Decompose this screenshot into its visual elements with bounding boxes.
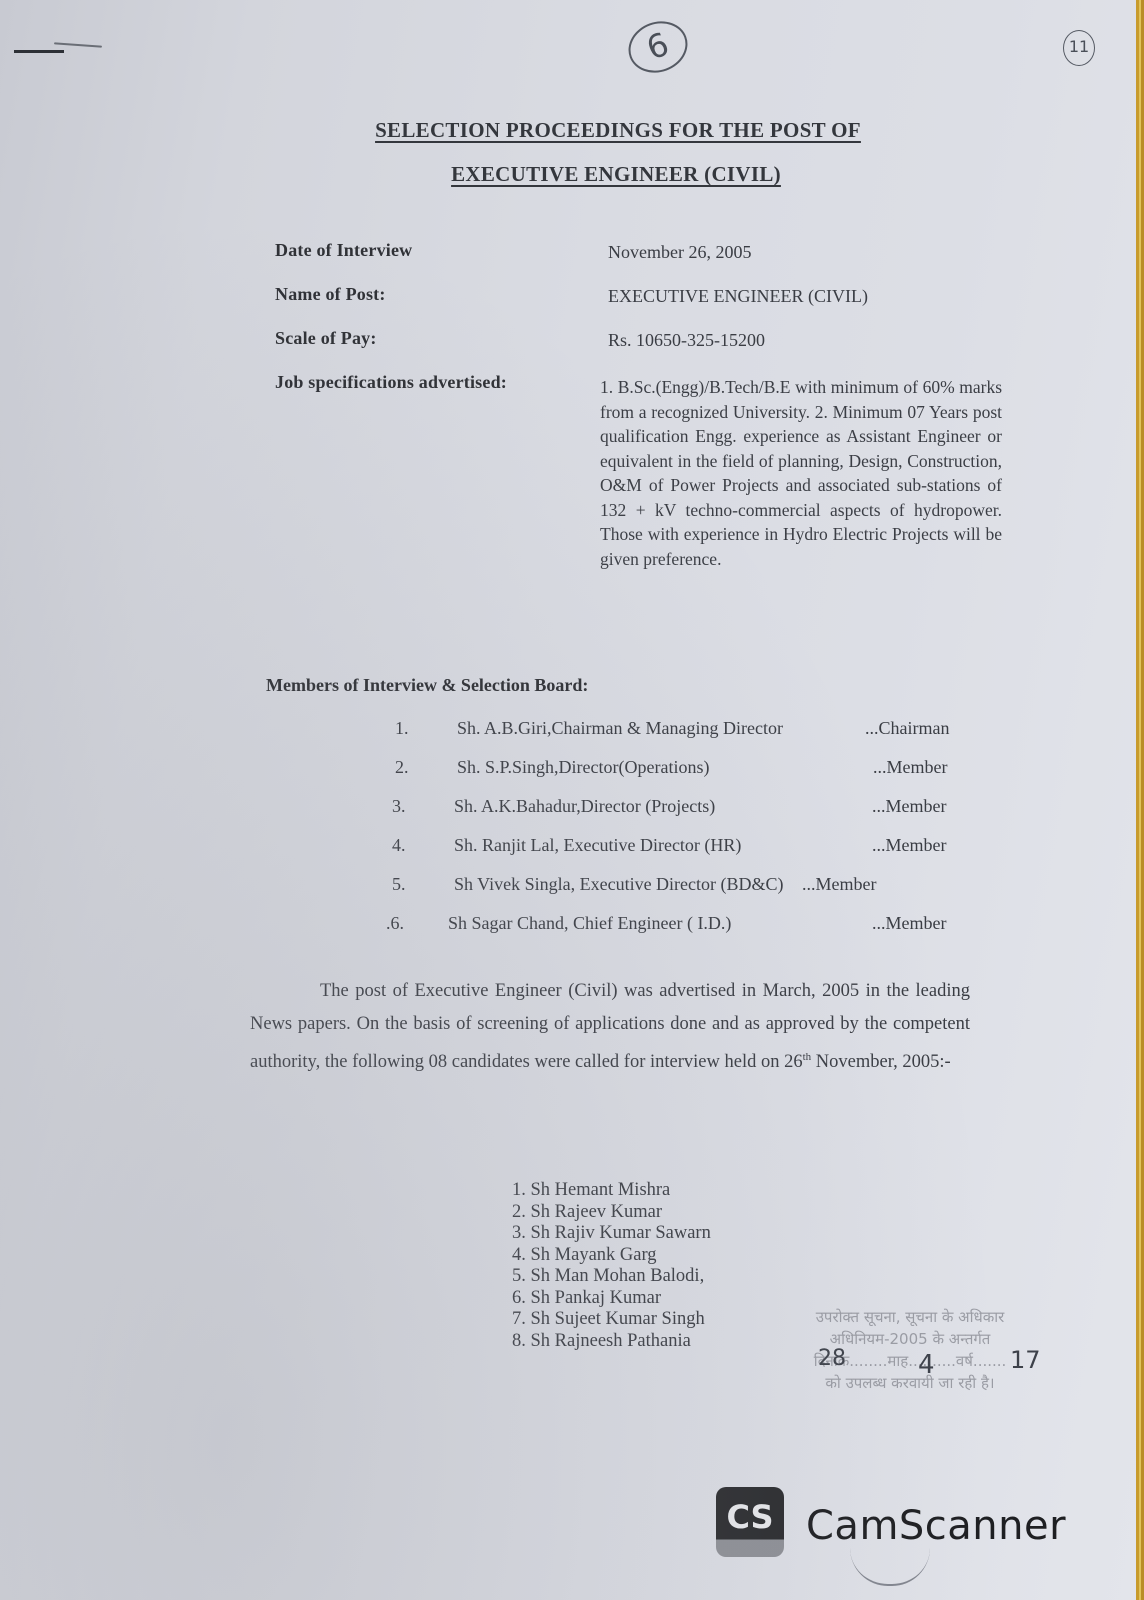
member-name: Sh. A.B.Giri,Chairman & Managing Directo… xyxy=(457,718,783,739)
document-title-line1: SELECTION PROCEEDINGS FOR THE POST OF xyxy=(0,118,1144,143)
stamp-handwritten-year: 17 xyxy=(1010,1346,1041,1374)
candidate-item: 7. Sh Sujeet Kumar Singh xyxy=(512,1309,711,1331)
paragraph-text-end: November, 2005:- xyxy=(811,1052,951,1072)
candidate-item: 8. Sh Rajneesh Pathania xyxy=(512,1331,711,1353)
candidate-item: 4. Sh Mayank Garg xyxy=(512,1245,711,1267)
margin-mark xyxy=(14,50,64,53)
member-name: Sh Vivek Singla, Executive Director (BD&… xyxy=(454,874,784,895)
member-name: Sh. Ranjit Lal, Executive Director (HR) xyxy=(454,835,741,856)
member-role: ...Member xyxy=(873,757,947,778)
candidate-item: 3. Sh Rajiv Kumar Sawarn xyxy=(512,1223,711,1245)
label-job-specifications: Job specifications advertised: xyxy=(275,372,507,393)
ordinal-suffix: th xyxy=(803,1051,812,1063)
handwritten-folio-number: 11 xyxy=(1063,30,1095,66)
document-page: 6 11 SELECTION PROCEEDINGS FOR THE POST … xyxy=(0,0,1136,1600)
value-scale-of-pay: Rs. 10650-325-15200 xyxy=(608,330,765,351)
candidate-item: 2. Sh Rajeev Kumar xyxy=(512,1202,711,1224)
stamp-handwritten-month: 4 xyxy=(918,1350,935,1380)
member-role: ...Chairman xyxy=(865,718,949,739)
member-number: 1. xyxy=(395,718,409,739)
member-number: 3. xyxy=(392,796,406,817)
member-role: ...Member xyxy=(872,796,946,817)
margin-mark-pencil xyxy=(54,42,102,47)
board-heading: Members of Interview & Selection Board: xyxy=(266,675,588,696)
stamp-handwritten-day: 28 xyxy=(818,1346,846,1371)
stamp-line: को उपलब्ध करवायी जा रही है। xyxy=(760,1372,1060,1394)
value-name-of-post: EXECUTIVE ENGINEER (CIVIL) xyxy=(608,286,868,307)
member-role: ...Member xyxy=(872,835,946,856)
signature-mark xyxy=(850,1548,930,1586)
document-title-line2: EXECUTIVE ENGINEER (CIVIL) xyxy=(0,162,1144,187)
candidate-item: 5. Sh Man Mohan Balodi, xyxy=(512,1266,711,1288)
member-role: ...Member xyxy=(872,913,946,934)
member-name: Sh. A.K.Bahadur,Director (Projects) xyxy=(454,796,715,817)
label-date-of-interview: Date of Interview xyxy=(275,240,412,261)
stamp-line: उपरोक्त सूचना, सूचना के अधिकार xyxy=(760,1306,1060,1328)
member-number: 2. xyxy=(395,757,409,778)
job-specifications-text: 1. B.Sc.(Engg)/B.Tech/B.E with minimum o… xyxy=(600,375,1002,571)
member-name: Sh. S.P.Singh,Director(Operations) xyxy=(457,757,709,778)
candidate-list: 1. Sh Hemant Mishra 2. Sh Rajeev Kumar 3… xyxy=(512,1180,711,1352)
label-scale-of-pay: Scale of Pay: xyxy=(275,328,377,349)
handwritten-page-number: 6 xyxy=(621,13,694,81)
member-number: .6. xyxy=(386,913,404,934)
camscanner-brand: CamScanner xyxy=(806,1503,1066,1549)
candidate-item: 1. Sh Hemant Mishra xyxy=(512,1180,711,1202)
member-role: ...Member xyxy=(802,874,876,895)
body-paragraph: The post of Executive Engineer (Civil) w… xyxy=(250,975,970,1079)
camscanner-logo-icon: CS xyxy=(716,1487,784,1557)
label-name-of-post: Name of Post: xyxy=(275,284,386,305)
candidate-item: 6. Sh Pankaj Kumar xyxy=(512,1288,711,1310)
member-number: 5. xyxy=(392,874,406,895)
member-number: 4. xyxy=(392,835,406,856)
member-name: Sh Sagar Chand, Chief Engineer ( I.D.) xyxy=(448,913,731,934)
value-date-of-interview: November 26, 2005 xyxy=(608,242,751,263)
